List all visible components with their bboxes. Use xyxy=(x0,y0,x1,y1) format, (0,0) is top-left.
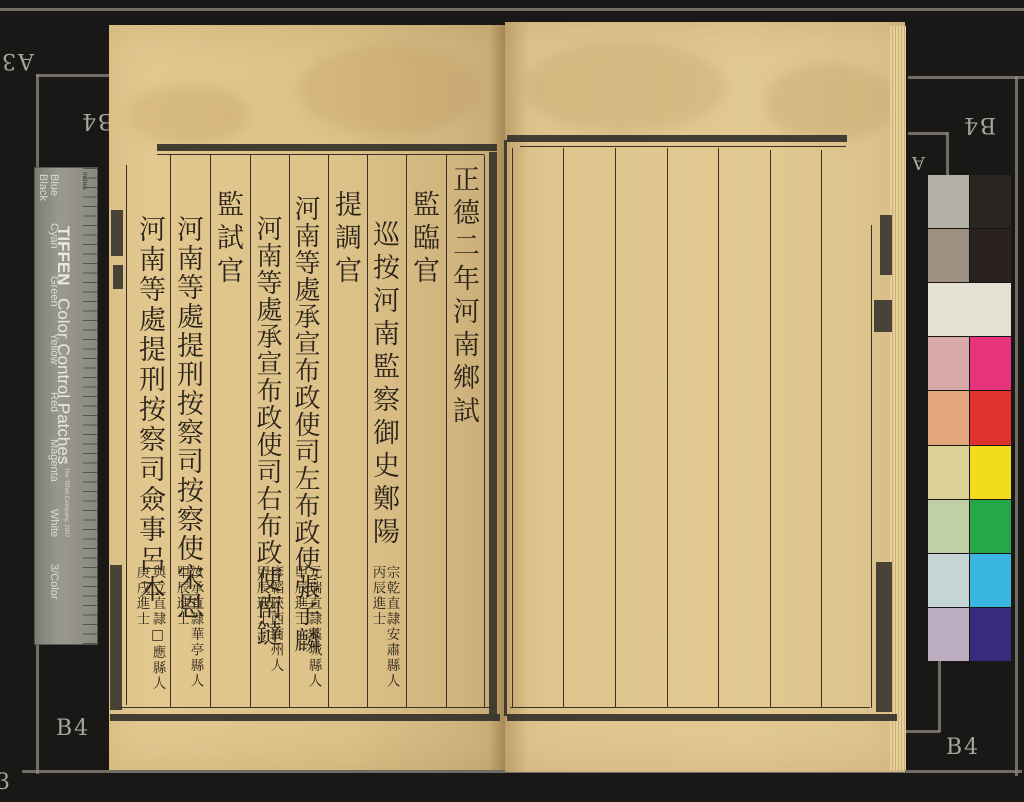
color-patch xyxy=(928,500,969,553)
section-heading: 監試官 xyxy=(214,190,241,289)
color-patch xyxy=(928,391,969,444)
color-patch xyxy=(970,391,1011,444)
official-note: 汝承直隷華亭縣人 xyxy=(188,565,202,689)
official-note: 甲辰進士 xyxy=(254,565,268,627)
color-patch xyxy=(928,608,969,661)
color-patch xyxy=(970,608,1011,661)
color-patch xyxy=(970,337,1011,390)
color-patch xyxy=(970,229,1011,282)
column-divider xyxy=(615,148,616,708)
column-divider xyxy=(484,155,485,707)
official-note: 甲辰進士 xyxy=(174,565,188,627)
right-fish-tail-mark xyxy=(880,215,892,275)
official-entry: 河南等處提刑按察司按察使宋恩 xyxy=(174,215,201,621)
mat-label-a3: A3 xyxy=(0,48,34,73)
color-patch xyxy=(970,446,1011,499)
scanned-book-spread: A3 B4 B4 A B4 B4 3 Inches TIFFEN Color C… xyxy=(0,0,1024,802)
ruler-color-name: Yellow xyxy=(48,333,59,364)
bottom-inner-border xyxy=(510,707,870,708)
color-patch xyxy=(970,500,1011,553)
mat-guide-line xyxy=(906,730,940,733)
column-divider xyxy=(250,155,251,707)
section-heading: 監臨官 xyxy=(410,190,437,289)
paper-stain xyxy=(129,85,249,145)
color-patch xyxy=(970,554,1011,607)
bottom-border xyxy=(507,714,897,721)
ruler-color-names: Blue Cyan Green Yellow Red Magenta White… xyxy=(37,174,59,644)
bottom-border xyxy=(110,714,500,721)
gutter-border xyxy=(489,152,497,714)
official-note: 庚戌進士 xyxy=(134,565,148,627)
official-entry: 巡按河南監察御史鄭陽 xyxy=(370,220,397,550)
right-block-mark xyxy=(876,562,892,712)
tiffen-color-control-ruler: Inches TIFFEN Color Control Patches Blue… xyxy=(34,167,98,645)
bottom-inner-border xyxy=(118,707,496,708)
column-divider xyxy=(446,155,447,707)
mat-label-3: 3 xyxy=(0,770,12,795)
paper-stain xyxy=(525,42,725,132)
column-divider xyxy=(170,155,171,707)
column-divider xyxy=(718,148,719,708)
section-heading: 提調官 xyxy=(332,190,359,289)
ruler-ticks xyxy=(83,168,97,644)
paper-stain xyxy=(765,62,895,142)
mat-guide-line xyxy=(1015,76,1018,776)
mat-guide-line xyxy=(0,8,1024,11)
column-divider xyxy=(770,150,771,708)
color-patch xyxy=(928,175,969,228)
ruler-color-name: Magenta xyxy=(48,439,59,482)
ruler-color-name: Black xyxy=(37,174,48,201)
ruler-color-name: Blue xyxy=(48,174,59,196)
top-inner-border xyxy=(157,154,484,155)
official-note: 元瑞直隷藁城縣人 xyxy=(306,565,320,689)
top-border xyxy=(507,135,847,142)
column-divider xyxy=(821,150,822,708)
document-title: 正德二年河南鄉試 xyxy=(450,165,477,429)
column-divider xyxy=(328,155,329,707)
left-fish-tail-mark xyxy=(113,265,123,289)
mat-guide-line xyxy=(946,132,949,176)
ruler-unit-label: Inches xyxy=(81,172,87,190)
ruler-color-name: Green xyxy=(48,276,59,307)
ruler-color-name: Cyan xyxy=(48,223,59,249)
mat-label-b4: B4 xyxy=(56,716,90,741)
right-fish-tail-mark xyxy=(874,300,892,332)
top-border xyxy=(157,144,497,151)
color-patch xyxy=(928,337,969,390)
top-inner-border xyxy=(520,146,846,147)
paper-stain xyxy=(299,45,479,135)
color-patch-strip xyxy=(928,175,1011,661)
official-note: 甲辰進士 xyxy=(292,565,306,627)
color-patch xyxy=(928,554,969,607)
column-divider xyxy=(406,155,407,707)
ruler-color-name: White xyxy=(48,509,59,537)
column-divider xyxy=(512,148,513,708)
column-divider xyxy=(871,225,872,708)
official-entry: 河南等處提刑按察司僉事呂本 xyxy=(136,215,163,605)
ruler-color-name: 3/Color xyxy=(48,564,59,599)
mat-label-b4: B4 xyxy=(946,735,980,760)
column-divider xyxy=(126,165,127,705)
left-fish-tail-mark xyxy=(111,210,123,256)
color-patch xyxy=(928,283,1011,336)
ruler-color-name: Red xyxy=(48,392,59,412)
mat-label-a: A xyxy=(910,152,925,173)
official-note: 彥韜陝西商州人 xyxy=(268,565,282,674)
mat-guide-line xyxy=(36,74,110,77)
mat-label-b4: B4 xyxy=(962,112,996,137)
mat-guide-line xyxy=(908,76,1024,79)
column-divider xyxy=(667,148,668,708)
color-patch xyxy=(928,229,969,282)
column-divider xyxy=(563,148,564,708)
mat-guide-line xyxy=(908,132,948,135)
mat-guide-line xyxy=(938,660,941,732)
official-note: 丙辰進士 xyxy=(370,565,384,627)
color-patch xyxy=(970,175,1011,228)
official-note: 宗乾直隷安肅縣人 xyxy=(384,565,398,689)
color-patch xyxy=(928,446,969,499)
official-note: 與立直隷□應縣人 xyxy=(150,565,164,692)
left-block-mark xyxy=(110,565,122,710)
gutter-border xyxy=(504,140,507,716)
ruler-copyright: © The Tiffen Company, 2007 xyxy=(63,460,69,538)
column-divider xyxy=(210,155,211,707)
page-edges xyxy=(890,26,906,770)
